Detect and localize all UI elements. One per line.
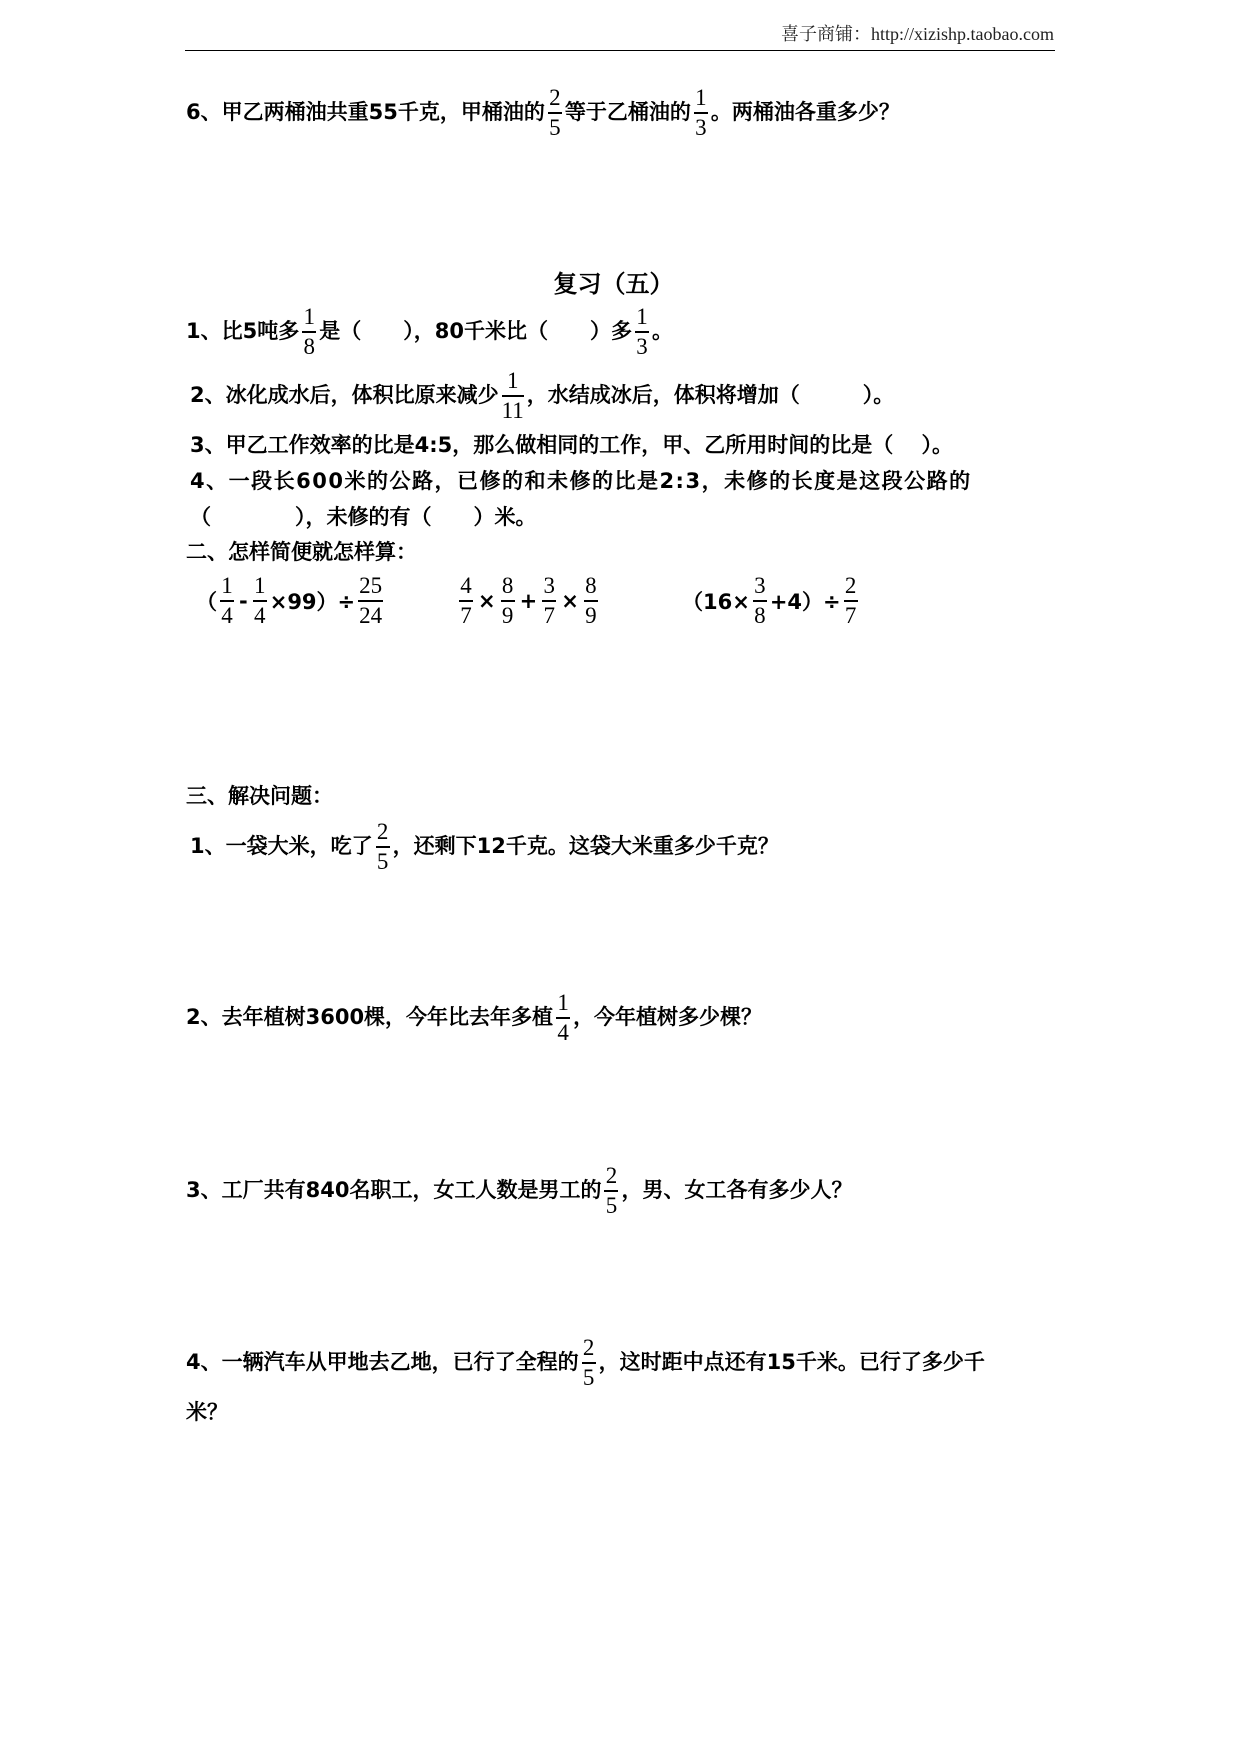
fraction-bar <box>582 1362 596 1364</box>
denominator: 5 <box>377 850 389 874</box>
numerator: 2 <box>582 1336 596 1360</box>
numerator: 2 <box>844 574 858 598</box>
p2-text-2: ，今年植树多少棵？ <box>573 1007 762 1028</box>
fraction: 89 <box>584 574 598 628</box>
denominator: 7 <box>845 604 857 628</box>
fraction-bar <box>635 331 649 333</box>
problem-4-line2: 米？ <box>186 1402 228 1423</box>
fraction: 14 <box>556 991 570 1045</box>
fraction-bar <box>376 846 390 848</box>
p4-text-2: ，这时距中点还有15千米。已行了多少千 <box>599 1352 985 1373</box>
times-sign: × <box>561 589 579 613</box>
fraction-bar <box>604 1190 618 1192</box>
fill-q2-text-2: ，水结成冰后，体积将增加（ ）。 <box>527 385 895 406</box>
expression-1: （ 14 - 14 ×99）÷ 2524 <box>196 574 386 628</box>
expression-2: 47 × 89 + 37 × 89 <box>456 574 601 628</box>
numerator: 2 <box>548 86 562 110</box>
fraction-bar <box>501 600 515 602</box>
plus-sign: + <box>520 589 538 613</box>
numerator: 8 <box>584 574 598 598</box>
paren-open: （ <box>196 586 217 616</box>
fraction-bar <box>548 112 562 114</box>
numerator: 3 <box>753 574 767 598</box>
fraction: 2524 <box>358 574 383 628</box>
fraction: 25 <box>376 820 390 874</box>
denominator: 5 <box>583 1366 595 1390</box>
numerator: 1 <box>635 305 649 329</box>
denominator: 5 <box>549 116 561 140</box>
simplify-heading: 二、怎样简便就怎样算： <box>186 542 417 563</box>
p3-text-1: 3、工厂共有840名职工，女工人数是男工的 <box>186 1180 601 1201</box>
fraction: 37 <box>542 574 556 628</box>
question-6: 6、甲乙两桶油共重55千克，甲桶油的 25 等于乙桶油的 13 。两桶油各重多少… <box>186 86 900 140</box>
numerator: 3 <box>542 574 556 598</box>
fraction-bar <box>753 600 767 602</box>
fraction-bar <box>358 600 383 602</box>
header-divider <box>185 50 1055 51</box>
fraction-bar <box>459 600 473 602</box>
numerator: 25 <box>358 574 383 598</box>
p3-text-2: ，男、女工各有多少人？ <box>621 1180 852 1201</box>
fill-q1-text-2: 是（ ），80千米比（ ）多 <box>319 321 632 342</box>
fraction-bar <box>302 331 316 333</box>
p1-text-2: ，还剩下12千克。这袋大米重多少千克？ <box>393 836 779 857</box>
fraction: 27 <box>844 574 858 628</box>
denominator: 11 <box>502 399 524 423</box>
fraction: 89 <box>501 574 515 628</box>
fraction-bar <box>556 1017 570 1019</box>
denominator: 24 <box>359 604 382 628</box>
denominator: 7 <box>460 604 472 628</box>
numerator: 1 <box>220 574 234 598</box>
q6-text-2: 等于乙桶油的 <box>565 102 691 123</box>
fraction-bar <box>502 395 524 397</box>
q6-text-3: 。两桶油各重多少？ <box>711 102 900 123</box>
problem-4: 4、一辆汽车从甲地去乙地，已行了全程的 25 ，这时距中点还有15千米。已行了多… <box>186 1336 985 1390</box>
denominator: 3 <box>695 116 707 140</box>
denominator: 5 <box>606 1194 618 1218</box>
denominator: 4 <box>254 604 266 628</box>
numerator: 1 <box>694 86 708 110</box>
fraction: 25 <box>604 1164 618 1218</box>
p2-text-1: 2、去年植树3600棵，今年比去年多植 <box>186 1007 553 1028</box>
fill-q4-line1: 4、一段长600米的公路，已修的和未修的比是2:3，未修的长度是这段公路的 <box>190 471 972 492</box>
fraction: 25 <box>582 1336 596 1390</box>
fraction: 25 <box>548 86 562 140</box>
fill-q2: 2、冰化成水后，体积比原来减少 111 ，水结成冰后，体积将增加（ ）。 <box>190 369 894 423</box>
numerator: 8 <box>501 574 515 598</box>
p1-text-1: 1、一袋大米，吃了 <box>190 836 373 857</box>
denominator: 9 <box>585 604 597 628</box>
numerator: 2 <box>605 1164 619 1188</box>
fraction: 111 <box>502 369 524 423</box>
fill-q1: 1、比5吨多 18 是（ ），80千米比（ ）多 13 。 <box>186 305 673 359</box>
fraction-bar <box>542 600 556 602</box>
plus-4-divide: +4）÷ <box>770 586 841 616</box>
fill-q2-text-1: 2、冰化成水后，体积比原来减少 <box>190 385 499 406</box>
minus-sign: - <box>239 589 248 613</box>
fraction: 38 <box>753 574 767 628</box>
numerator: 1 <box>556 991 570 1015</box>
numerator: 1 <box>506 369 520 393</box>
denominator: 8 <box>754 604 766 628</box>
numerator: 1 <box>253 574 267 598</box>
denominator: 4 <box>557 1021 569 1045</box>
fraction: 13 <box>635 305 649 359</box>
problem-2: 2、去年植树3600棵，今年比去年多植 14 ，今年植树多少棵？ <box>186 991 762 1045</box>
denominator: 3 <box>636 335 648 359</box>
fraction-bar <box>220 600 234 602</box>
problem-3: 3、工厂共有840名职工，女工人数是男工的 25 ，男、女工各有多少人？ <box>186 1164 852 1218</box>
denominator: 4 <box>221 604 233 628</box>
fraction: 14 <box>253 574 267 628</box>
denominator: 8 <box>303 335 315 359</box>
denominator: 9 <box>502 604 514 628</box>
fraction: 18 <box>302 305 316 359</box>
fraction-bar <box>253 600 267 602</box>
numerator: 1 <box>302 305 316 329</box>
fraction-bar <box>844 600 858 602</box>
q6-text-1: 6、甲乙两桶油共重55千克，甲桶油的 <box>186 102 545 123</box>
times-99: ×99）÷ <box>270 586 355 616</box>
numerator: 4 <box>459 574 473 598</box>
numerator: 2 <box>376 820 390 844</box>
fraction-bar <box>584 600 598 602</box>
word-problems-heading: 三、解决问题： <box>186 786 333 807</box>
fill-q1-text-3: 。 <box>652 321 673 342</box>
p4-text-1: 4、一辆汽车从甲地去乙地，已行了全程的 <box>186 1352 579 1373</box>
problem-1: 1、一袋大米，吃了 25 ，还剩下12千克。这袋大米重多少千克？ <box>190 820 779 874</box>
times-sign: × <box>478 589 496 613</box>
paren-16-times: （16× <box>682 586 750 616</box>
header-shop-text: 喜子商铺：http://xizishp.taobao.com <box>781 20 1054 46</box>
fill-q3: 3、甲乙工作效率的比是4:5，那么做相同的工作，甲、乙所用时间的比是（ ）。 <box>190 435 953 456</box>
denominator: 7 <box>543 604 555 628</box>
fill-q1-text-1: 1、比5吨多 <box>186 321 299 342</box>
fill-q4-line2: （ ），未修的有（ ）米。 <box>190 507 537 528</box>
expression-3: （16× 38 +4）÷ 27 <box>682 574 861 628</box>
fraction: 47 <box>459 574 473 628</box>
fraction-bar <box>694 112 708 114</box>
fraction: 13 <box>694 86 708 140</box>
fraction: 14 <box>220 574 234 628</box>
section-title: 复习（五） <box>0 264 1227 299</box>
